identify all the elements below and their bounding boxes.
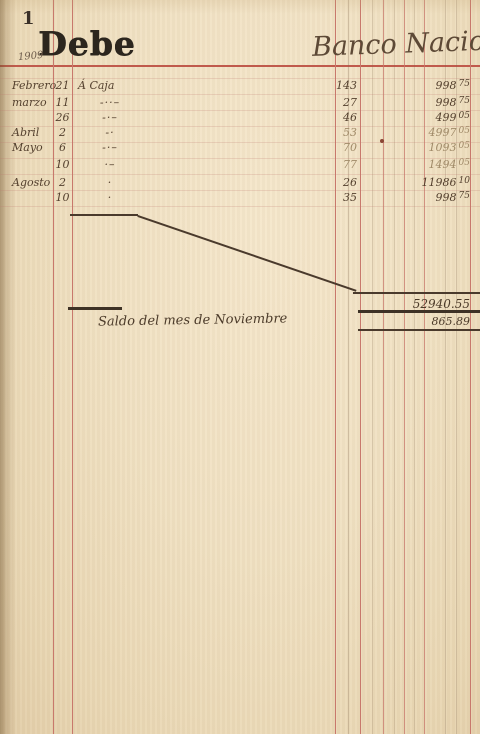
entry-amount: 499705	[388, 126, 470, 139]
entry-folio: 143	[331, 79, 357, 92]
entry-day: 10	[53, 158, 72, 171]
ledger-row: 10 · 35 99875	[0, 191, 480, 206]
entry-folio: 35	[331, 191, 357, 204]
saldo-label: Saldo del mes de Noviembre	[98, 311, 288, 329]
entry-day: 2	[53, 126, 72, 139]
page-title-banco-nacion: Banco Nacion	[312, 24, 480, 63]
saldo-bottom-rule	[358, 329, 480, 331]
entry-folio: 27	[331, 96, 357, 109]
entry-amount: 1198610	[388, 176, 470, 189]
ledger-row: 10 ·– 77 149405	[0, 158, 480, 173]
ledger-row: Febrero 21 Á Caja 143 99875	[0, 79, 480, 94]
entry-description: -··–	[78, 96, 142, 109]
page-number: 1	[22, 8, 35, 29]
entry-day: 11	[53, 96, 72, 109]
entry-description: -·	[78, 126, 142, 139]
entry-folio: 77	[331, 158, 357, 171]
ledger-row: Abril 2 -· 53 499705	[0, 126, 480, 141]
entry-day: 2	[53, 176, 72, 189]
entry-description: ·	[78, 191, 142, 204]
entry-amount: 99875	[388, 79, 470, 92]
ledger-row: Mayo 6 -·– 70 109305	[0, 141, 480, 156]
entry-folio: 70	[331, 141, 357, 154]
entry-folio: 26	[331, 176, 357, 189]
entry-month: Mayo	[12, 141, 54, 154]
entry-month: marzo	[12, 96, 54, 109]
closing-diagonal-line	[138, 215, 357, 291]
entry-day: 6	[53, 141, 72, 154]
entry-description: -·–	[78, 111, 142, 124]
ink-blot	[380, 139, 384, 143]
saldo-left-rule	[68, 307, 122, 310]
entry-description: -·–	[78, 141, 142, 154]
ledger-page: 1 Debe Banco Nacion 1909 Febrero 21 Á Ca…	[0, 0, 480, 734]
saldo-amount: 865.89	[380, 315, 470, 328]
entry-amount: 99875	[388, 191, 470, 204]
entry-day: 10	[53, 191, 72, 204]
entry-description: ·–	[78, 158, 142, 171]
entry-day: 21	[53, 79, 72, 92]
entry-month: Febrero	[12, 79, 54, 92]
entry-amount: 149405	[388, 158, 470, 171]
entry-description: Á Caja	[78, 79, 142, 92]
closing-line-left	[70, 214, 138, 216]
entry-amount: 109305	[388, 141, 470, 154]
ledger-row: 26 -·– 46 49905	[0, 111, 480, 126]
entry-month: Abril	[12, 126, 54, 139]
year-annotation: 1909	[18, 50, 44, 63]
entry-folio: 46	[331, 111, 357, 124]
total-top-rule	[353, 292, 480, 294]
page-title-debe: Debe	[38, 24, 136, 63]
entry-amount: 49905	[388, 111, 470, 124]
ledger-row: marzo 11 -··– 27 99875	[0, 96, 480, 111]
entry-day: 26	[53, 111, 72, 124]
ledger-row: Agosto 2 · 26 1198610	[0, 176, 480, 191]
entry-month: Agosto	[12, 176, 54, 189]
entry-amount: 99875	[388, 96, 470, 109]
total-amount: 52940.55	[380, 297, 470, 311]
entry-description: ·	[78, 176, 142, 189]
entry-folio: 53	[331, 126, 357, 139]
